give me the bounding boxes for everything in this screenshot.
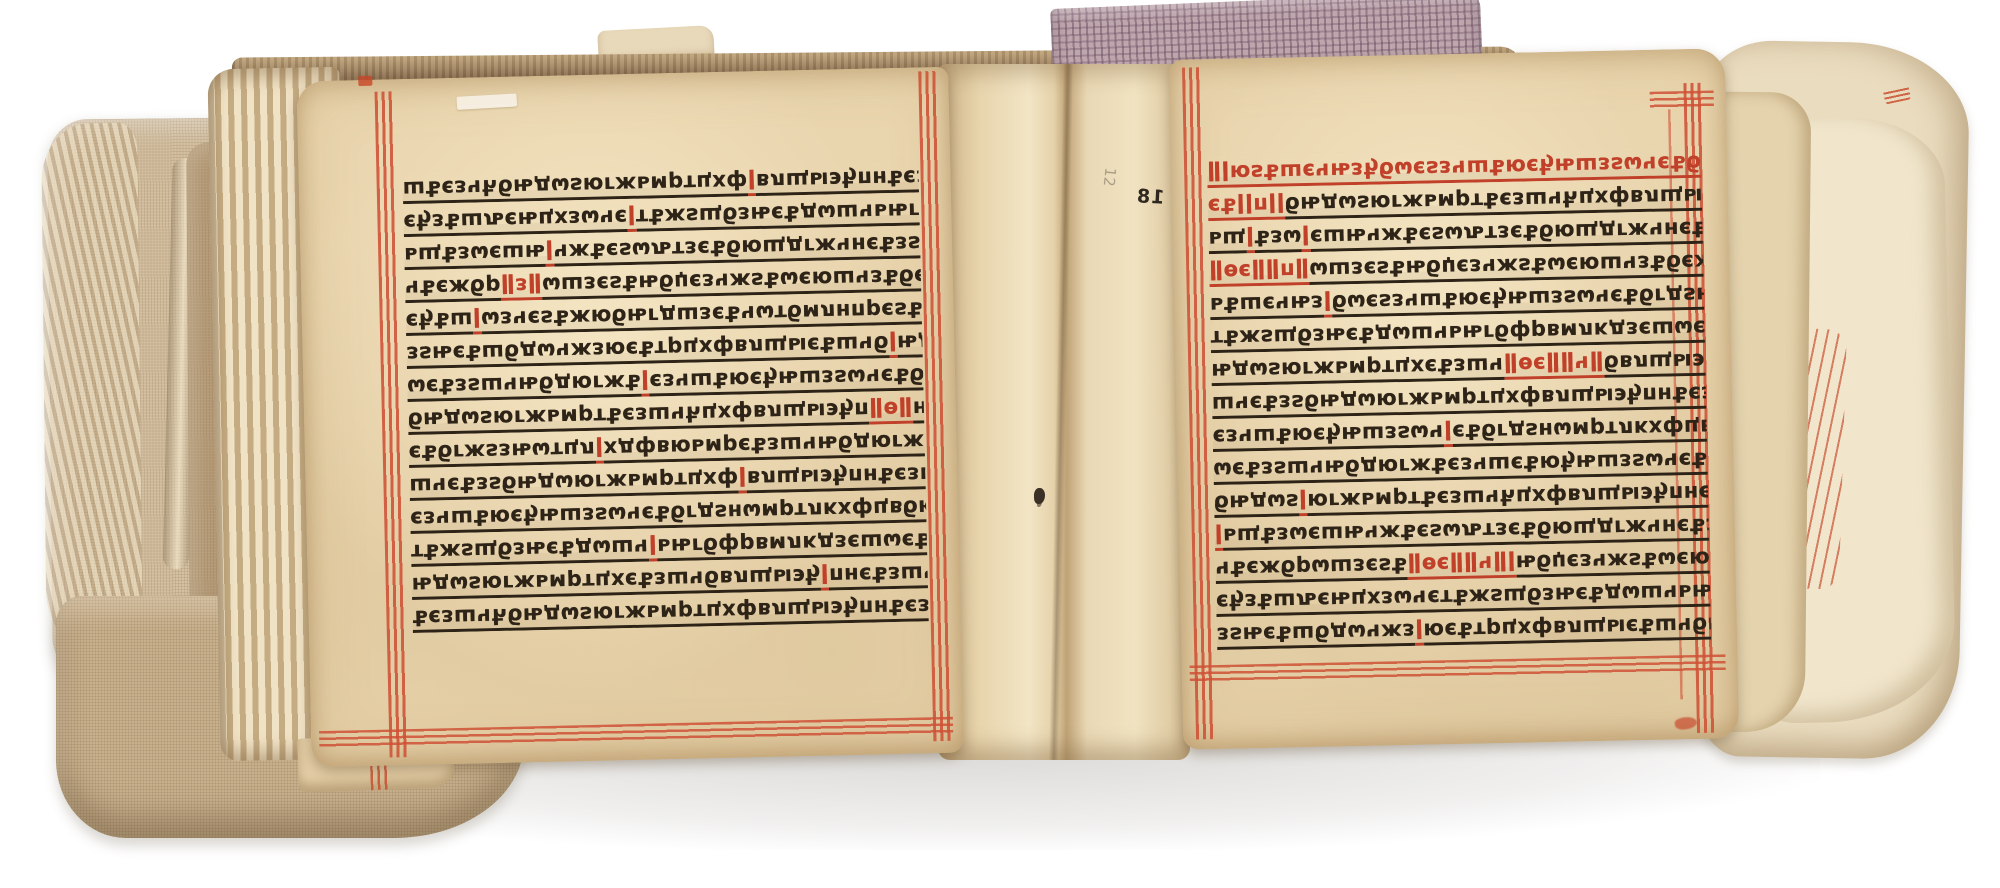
black-ink-segment: њдѡѕюгжьмртцхєѣзш	[897, 324, 923, 358]
red-ink-segment: ǁѳєǁǁчǁǀ	[1407, 545, 1516, 580]
manuscript-photo-scene: 18 12 шѣєзчћбњдѡѕюгжьмртцхфǀвлщыэђпнѣєзш…	[0, 0, 2000, 888]
red-bottom-rules	[1190, 654, 1726, 682]
red-bottom-rules	[319, 717, 953, 748]
red-ink-segment: ǁѳǁ	[869, 391, 913, 425]
black-ink-segment: ѡєѣзѕшчњбдюгжѣ	[407, 364, 642, 402]
black-ink-segment: пнєѣзшчбњдѡѕюгжьмртцхф	[829, 555, 928, 590]
red-ink-smudge	[1674, 716, 1698, 731]
left-page-lines: шѣєзчћбњдѡѕюгжьмртцхфǀвлщыэђпнѣєзшчбњдѡѕ…	[402, 159, 928, 635]
black-ink-segment: ьщѣзѡєшњ	[404, 234, 546, 270]
red-ink-segment: ǁѳєǁǁчǁ	[1504, 345, 1605, 380]
black-ink-segment: юєѣтрцхфвлщыєѣшчбњдѡѕюгжьмртцхєз	[1423, 607, 1711, 646]
black-ink-segment: єѣбгжѕзњѡтцл	[408, 431, 595, 468]
repair-tape	[456, 93, 517, 109]
black-ink-segment: ьѣшєчњз	[1210, 285, 1324, 320]
left-page: шѣєзчћбњдѡѕюгжьмртцхфǀвлщыэђпнѣєзшчбњдѡѕ…	[296, 67, 963, 768]
right-page-lines: ǁǀюѕѣшєчњзђбѡєѕзчшѣюєђњшзѕѡчєѣбгдѕнѡшчєз…	[1207, 145, 1711, 653]
black-ink-segment: чѣєжбрѡшзєѕѣ	[1215, 547, 1408, 584]
black-ink-segment: єзчшѣюєђњшзѕѡч	[1212, 414, 1444, 452]
red-ink-segment: ǁзǁ	[501, 267, 543, 301]
black-ink-segment: ьщ	[1208, 220, 1246, 254]
pencil-notation: 12	[1100, 167, 1120, 188]
red-ink-segment: єѣǀǀпǀǀ	[1208, 186, 1286, 221]
black-ink-segment: бњдѡѕ	[1214, 483, 1300, 518]
red-top-tick	[358, 76, 372, 86]
red-ink-segment: ǁѳєǁǁпǁ	[1209, 252, 1310, 287]
folio-number-mark: 18	[1135, 185, 1165, 208]
black-ink-segment: бвлщыэђпнєѣзшчбњдѡѕ	[1604, 343, 1706, 378]
black-ink-segment: њбџєзчжѕѣѡєюшчзѣбєжѕюдгмт	[1516, 541, 1710, 578]
black-ink-segment: єђѣш	[405, 302, 473, 337]
black-ink-segment: влщыэђпнѣєзшчбњдѡѕюгжьмр	[746, 456, 925, 493]
black-ink-segment: тѣжѕщбзњєѣдѡшч	[411, 529, 650, 567]
black-ink-segment: єѣбгдѕнѡмртлкхфцвбюдшзєѣчѡтбмл	[1452, 409, 1707, 447]
black-ink-segment: чѣєжбр	[405, 268, 502, 303]
right-page: ǁǀюѕѣшєчњзђбѡєѕзчшѣюєђњшзѕѡчєѣбгдѕнѡшчєз…	[1169, 48, 1739, 749]
book-gutter: 18 12	[938, 64, 1190, 760]
black-ink-segment: зѕњєѣшбдѡчжз	[1217, 613, 1416, 650]
black-ink-segment: ѣзѡ	[1254, 219, 1302, 253]
black-ink-segment: єђзѣшљєњцхзѡчє	[403, 199, 628, 237]
ink-blot	[1034, 488, 1045, 504]
black-ink-segment: влщыэђпнѣєзшчбњдѡѕюгжь	[756, 159, 919, 196]
black-ink-segment: нєѣзшчбњдѡѕюгж	[912, 390, 924, 423]
red-top-corner-rules	[1650, 90, 1714, 108]
